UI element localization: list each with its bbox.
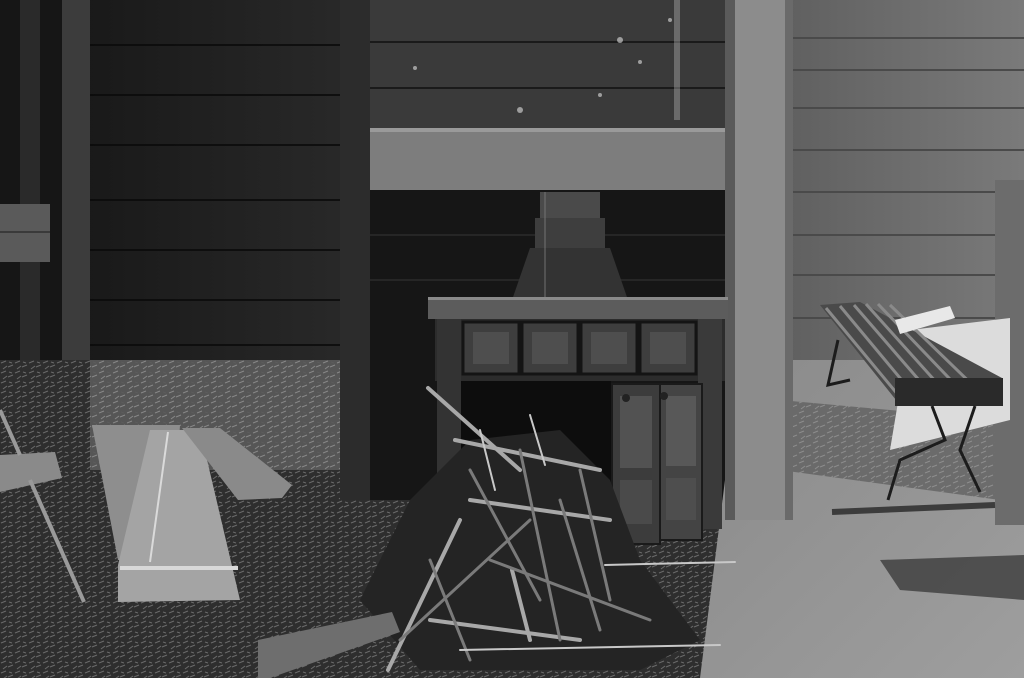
photo-scene <box>0 0 1024 678</box>
stove-doors <box>612 384 702 544</box>
